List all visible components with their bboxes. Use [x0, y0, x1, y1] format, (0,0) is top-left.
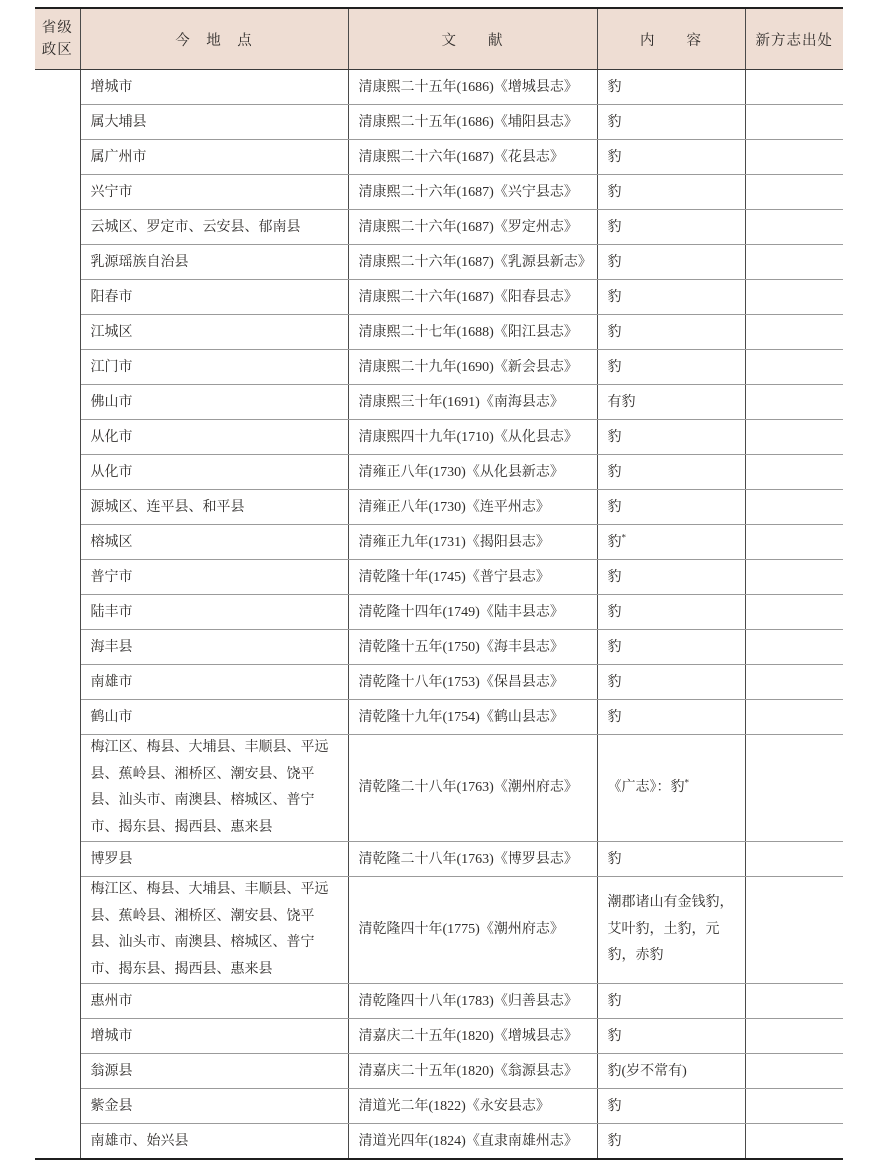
source-cell: 清乾隆十五年(1750)《海丰县志》: [348, 630, 597, 665]
source-cell: 清乾隆四十八年(1783)《归善县志》: [348, 984, 597, 1019]
location-cell: 陆丰市: [80, 595, 348, 630]
location-cell: 属广州市: [80, 140, 348, 175]
source-cell: 清雍正九年(1731)《揭阳县志》: [348, 525, 597, 560]
table-row: 鹤山市清乾隆十九年(1754)《鹤山县志》豹: [35, 700, 843, 735]
new-source-cell: [745, 245, 843, 280]
new-source-cell: [745, 1089, 843, 1124]
source-cell: 清雍正八年(1730)《连平州志》: [348, 490, 597, 525]
location-cell: 江门市: [80, 350, 348, 385]
table-row: 紫金县清道光二年(1822)《永安县志》豹: [35, 1089, 843, 1124]
new-source-cell: [745, 1054, 843, 1089]
new-source-cell: [745, 700, 843, 735]
content-cell: 豹: [597, 350, 745, 385]
new-source-cell: [745, 140, 843, 175]
source-cell: 清康熙二十六年(1687)《花县志》: [348, 140, 597, 175]
location-cell: 惠州市: [80, 984, 348, 1019]
table-row: 海丰县清乾隆十五年(1750)《海丰县志》豹: [35, 630, 843, 665]
content-cell: 豹: [597, 595, 745, 630]
content-cell: 豹: [597, 175, 745, 210]
content-cell: 豹: [597, 105, 745, 140]
new-source-cell: [745, 280, 843, 315]
table-row: 榕城区清雍正九年(1731)《揭阳县志》豹*: [35, 525, 843, 560]
table-row: 江城区清康熙二十七年(1688)《阳江县志》豹: [35, 315, 843, 350]
content-cell: 《广志》：豹*: [597, 735, 745, 842]
new-source-cell: [745, 525, 843, 560]
location-cell: 榕城区: [80, 525, 348, 560]
content-cell: 豹: [597, 1124, 745, 1160]
source-cell: 清道光二年(1822)《永安县志》: [348, 1089, 597, 1124]
location-cell: 紫金县: [80, 1089, 348, 1124]
content-cell: 豹: [597, 1019, 745, 1054]
content-cell: 豹(岁不常有): [597, 1054, 745, 1089]
header-content: 内 容: [597, 8, 745, 70]
table-row: 属广州市清康熙二十六年(1687)《花县志》豹: [35, 140, 843, 175]
location-cell: 兴宁市: [80, 175, 348, 210]
new-source-cell: [745, 350, 843, 385]
source-cell: 清康熙二十六年(1687)《罗定州志》: [348, 210, 597, 245]
table-row: 梅江区、梅县、大埔县、丰顺县、平远县、蕉岭县、湘桥区、潮安县、饶平县、汕头市、南…: [35, 877, 843, 984]
location-cell: 属大埔县: [80, 105, 348, 140]
source-cell: 清康熙二十六年(1687)《乳源县新志》: [348, 245, 597, 280]
table-row: 陆丰市清乾隆十四年(1749)《陆丰县志》豹: [35, 595, 843, 630]
header-location: 今 地 点: [80, 8, 348, 70]
table-row: 乳源瑶族自治县清康熙二十六年(1687)《乳源县新志》豹: [35, 245, 843, 280]
new-source-cell: [745, 455, 843, 490]
region-merged-cell: [35, 70, 80, 1160]
location-cell: 梅江区、梅县、大埔县、丰顺县、平远县、蕉岭县、湘桥区、潮安县、饶平县、汕头市、南…: [80, 735, 348, 842]
source-cell: 清乾隆四十年(1775)《潮州府志》: [348, 877, 597, 984]
location-cell: 佛山市: [80, 385, 348, 420]
content-cell: 豹: [597, 700, 745, 735]
header-row: 省级 政区 今 地 点 文 献 内 容 新方志出处: [35, 8, 843, 70]
new-source-cell: [745, 70, 843, 105]
new-source-cell: [745, 984, 843, 1019]
table-row: 南雄市、始兴县清道光四年(1824)《直隶南雄州志》豹: [35, 1124, 843, 1160]
source-cell: 清康熙二十六年(1687)《阳春县志》: [348, 280, 597, 315]
table-row: 翁源县清嘉庆二十五年(1820)《翁源县志》豹(岁不常有): [35, 1054, 843, 1089]
content-cell: 豹: [597, 420, 745, 455]
location-cell: 源城区、连平县、和平县: [80, 490, 348, 525]
new-source-cell: [745, 560, 843, 595]
location-cell: 梅江区、梅县、大埔县、丰顺县、平远县、蕉岭县、湘桥区、潮安县、饶平县、汕头市、南…: [80, 877, 348, 984]
location-cell: 增城市: [80, 70, 348, 105]
table-row: 惠州市清乾隆四十八年(1783)《归善县志》豹: [35, 984, 843, 1019]
new-source-cell: [745, 175, 843, 210]
location-cell: 阳春市: [80, 280, 348, 315]
location-cell: 普宁市: [80, 560, 348, 595]
source-cell: 清乾隆十八年(1753)《保昌县志》: [348, 665, 597, 700]
content-cell: 豹: [597, 280, 745, 315]
table-row: 南雄市清乾隆十八年(1753)《保昌县志》豹: [35, 665, 843, 700]
source-cell: 清康熙二十五年(1686)《埔阳县志》: [348, 105, 597, 140]
source-cell: 清乾隆十年(1745)《普宁县志》: [348, 560, 597, 595]
source-cell: 清乾隆二十八年(1763)《博罗县志》: [348, 842, 597, 877]
location-cell: 海丰县: [80, 630, 348, 665]
table-body: 增城市清康熙二十五年(1686)《增城县志》豹属大埔县清康熙二十五年(1686)…: [35, 70, 843, 1160]
new-source-cell: [745, 490, 843, 525]
new-source-cell: [745, 210, 843, 245]
new-source-cell: [745, 630, 843, 665]
source-cell: 清康熙三十年(1691)《南海县志》: [348, 385, 597, 420]
location-cell: 鹤山市: [80, 700, 348, 735]
source-cell: 清康熙二十七年(1688)《阳江县志》: [348, 315, 597, 350]
content-cell: 潮郡诸山有金钱豹，艾叶豹，土豹，元豹，赤豹: [597, 877, 745, 984]
content-cell: 豹: [597, 984, 745, 1019]
new-source-cell: [745, 595, 843, 630]
table-row: 从化市清康熙四十九年(1710)《从化县志》豹: [35, 420, 843, 455]
location-cell: 从化市: [80, 455, 348, 490]
table-row: 阳春市清康熙二十六年(1687)《阳春县志》豹: [35, 280, 843, 315]
source-cell: 清乾隆十四年(1749)《陆丰县志》: [348, 595, 597, 630]
table-row: 从化市清雍正八年(1730)《从化县新志》豹: [35, 455, 843, 490]
content-cell: 豹: [597, 455, 745, 490]
content-cell: 豹: [597, 245, 745, 280]
content-cell: 有豹: [597, 385, 745, 420]
content-cell: 豹: [597, 315, 745, 350]
source-cell: 清康熙二十五年(1686)《增城县志》: [348, 70, 597, 105]
table-row: 兴宁市清康熙二十六年(1687)《兴宁县志》豹: [35, 175, 843, 210]
content-cell: 豹: [597, 210, 745, 245]
content-cell: 豹: [597, 140, 745, 175]
location-cell: 博罗县: [80, 842, 348, 877]
source-cell: 清乾隆二十八年(1763)《潮州府志》: [348, 735, 597, 842]
location-cell: 南雄市: [80, 665, 348, 700]
new-source-cell: [745, 315, 843, 350]
header-region: 省级 政区: [35, 8, 80, 70]
source-cell: 清嘉庆二十五年(1820)《增城县志》: [348, 1019, 597, 1054]
table-header: 省级 政区 今 地 点 文 献 内 容 新方志出处: [35, 8, 843, 70]
location-cell: 增城市: [80, 1019, 348, 1054]
table-row: 博罗县清乾隆二十八年(1763)《博罗县志》豹: [35, 842, 843, 877]
location-cell: 江城区: [80, 315, 348, 350]
location-cell: 乳源瑶族自治县: [80, 245, 348, 280]
source-cell: 清乾隆十九年(1754)《鹤山县志》: [348, 700, 597, 735]
location-cell: 南雄市、始兴县: [80, 1124, 348, 1160]
content-cell: 豹*: [597, 525, 745, 560]
table-row: 源城区、连平县、和平县清雍正八年(1730)《连平州志》豹: [35, 490, 843, 525]
footnote-marker: *: [685, 777, 690, 787]
location-cell: 从化市: [80, 420, 348, 455]
new-source-cell: [745, 877, 843, 984]
new-source-cell: [745, 665, 843, 700]
content-cell: 豹: [597, 630, 745, 665]
table-row: 普宁市清乾隆十年(1745)《普宁县志》豹: [35, 560, 843, 595]
table-row: 增城市清康熙二十五年(1686)《增城县志》豹: [35, 70, 843, 105]
table-row: 增城市清嘉庆二十五年(1820)《增城县志》豹: [35, 1019, 843, 1054]
new-source-cell: [745, 1124, 843, 1160]
new-source-cell: [745, 735, 843, 842]
gazetteer-records-table: 省级 政区 今 地 点 文 献 内 容 新方志出处 增城市清康熙二十五年(168…: [35, 7, 843, 1160]
content-cell: 豹: [597, 70, 745, 105]
content-cell: 豹: [597, 1089, 745, 1124]
content-cell: 豹: [597, 842, 745, 877]
new-source-cell: [745, 842, 843, 877]
table-row: 佛山市清康熙三十年(1691)《南海县志》有豹: [35, 385, 843, 420]
location-cell: 翁源县: [80, 1054, 348, 1089]
header-source: 文 献: [348, 8, 597, 70]
source-cell: 清雍正八年(1730)《从化县新志》: [348, 455, 597, 490]
source-cell: 清康熙四十九年(1710)《从化县志》: [348, 420, 597, 455]
content-cell: 豹: [597, 490, 745, 525]
new-source-cell: [745, 420, 843, 455]
source-cell: 清康熙二十六年(1687)《兴宁县志》: [348, 175, 597, 210]
content-cell: 豹: [597, 560, 745, 595]
source-cell: 清康熙二十九年(1690)《新会县志》: [348, 350, 597, 385]
new-source-cell: [745, 385, 843, 420]
table-row: 江门市清康熙二十九年(1690)《新会县志》豹: [35, 350, 843, 385]
table-row: 梅江区、梅县、大埔县、丰顺县、平远县、蕉岭县、湘桥区、潮安县、饶平县、汕头市、南…: [35, 735, 843, 842]
table-row: 属大埔县清康熙二十五年(1686)《埔阳县志》豹: [35, 105, 843, 140]
header-region-line1: 省级: [39, 17, 76, 39]
header-new-source: 新方志出处: [745, 8, 843, 70]
source-cell: 清嘉庆二十五年(1820)《翁源县志》: [348, 1054, 597, 1089]
new-source-cell: [745, 1019, 843, 1054]
header-region-line2: 政区: [39, 39, 76, 61]
footnote-marker: *: [622, 532, 627, 542]
source-cell: 清道光四年(1824)《直隶南雄州志》: [348, 1124, 597, 1160]
content-cell: 豹: [597, 665, 745, 700]
location-cell: 云城区、罗定市、云安县、郁南县: [80, 210, 348, 245]
new-source-cell: [745, 105, 843, 140]
table-row: 云城区、罗定市、云安县、郁南县清康熙二十六年(1687)《罗定州志》豹: [35, 210, 843, 245]
